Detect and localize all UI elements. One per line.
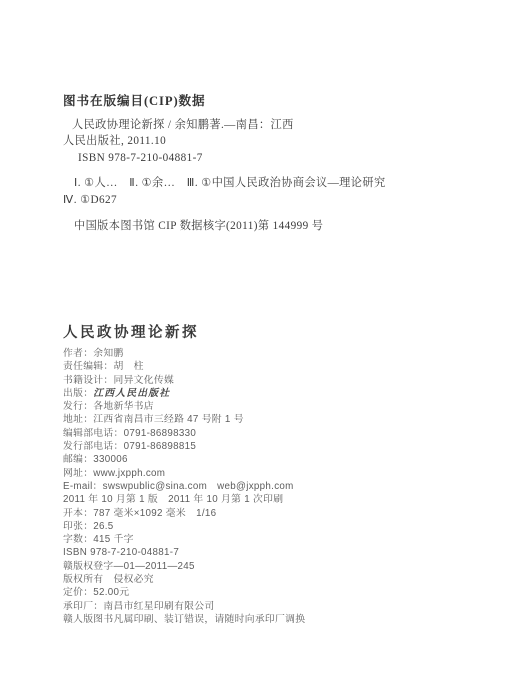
cip-block: 图书在版编目(CIP)数据 人民政协理论新探 / 余知鹏著.—南昌：江西 人民出… xyxy=(63,93,453,234)
colophon-line-website: 网址：www.jxpph.com xyxy=(63,467,463,480)
cip-isbn-line: ISBN 978-7-210-04881-7 xyxy=(63,150,453,167)
cip-publisher-line: 人民出版社, 2011.10 xyxy=(63,133,453,150)
colophon-line-printer: 承印厂：南昌市红星印刷有限公司 xyxy=(63,600,463,613)
colophon-line-copyright-notice: 版权所有 侵权必究 xyxy=(63,573,463,586)
colophon-line-distribution-phone: 发行部电话：0791-86898815 xyxy=(63,440,463,453)
colophon-line-price: 定价：52.00元 xyxy=(63,586,463,599)
cip-title-statement-line: 人民政协理论新探 / 余知鹏著.—南昌：江西 xyxy=(63,117,453,134)
colophon-line-publisher: 出版：江西人民出版社 xyxy=(63,387,463,400)
colophon-line-author: 作者：余知鹏 xyxy=(63,347,463,360)
book-title: 人民政协理论新探 xyxy=(63,325,463,342)
publisher-label: 出版： xyxy=(63,388,93,399)
colophon-line-postcode: 邮编：330006 xyxy=(63,453,463,466)
colophon-line-address: 地址：江西省南昌市三经路 47 号附 1 号 xyxy=(63,413,463,426)
book-copyright-page: 图书在版编目(CIP)数据 人民政协理论新探 / 余知鹏著.—南昌：江西 人民出… xyxy=(0,0,510,680)
cip-classification-line: Ⅰ. ①人… Ⅱ. ①余… Ⅲ. ①中国人民政治协商会议—理论研究 xyxy=(63,175,453,192)
colophon-line-email: E-mail：swswpublic@sina.com web@jxpph.com xyxy=(63,480,463,493)
cip-heading: 图书在版编目(CIP)数据 xyxy=(63,93,453,110)
colophon-line-sheets: 印张：26.5 xyxy=(63,520,463,533)
colophon-line-editor: 责任编辑：胡 柱 xyxy=(63,360,463,373)
colophon-line-registration: 赣版权登字—01—2011—245 xyxy=(63,560,463,573)
cip-class-number-line: Ⅳ. ①D627 xyxy=(63,192,453,209)
colophon-line-distribution: 发行：各地新华书店 xyxy=(63,400,463,413)
colophon-line-wordcount: 字数：415 千字 xyxy=(63,533,463,546)
publisher-name: 江西人民出版社 xyxy=(93,388,170,399)
colophon-block: 人民政协理论新探 作者：余知鹏 责任编辑：胡 柱 书籍设计：同异文化传媒 出版：… xyxy=(63,325,463,626)
cip-registry-line: 中国版本图书馆 CIP 数据核字(2011)第 144999 号 xyxy=(63,218,453,235)
colophon-line-format: 开本：787 毫米×1092 毫米 1/16 xyxy=(63,507,463,520)
colophon-line-editorial-phone: 编辑部电话：0791-86898330 xyxy=(63,427,463,440)
colophon-line-design: 书籍设计：同异文化传媒 xyxy=(63,374,463,387)
colophon-line-replacement-notice: 赣人版图书凡属印刷、装订错误，请随时向承印厂调换 xyxy=(63,613,463,626)
colophon-line-edition: 2011 年 10 月第 1 版 2011 年 10 月第 1 次印刷 xyxy=(63,493,463,506)
colophon-line-isbn: ISBN 978-7-210-04881-7 xyxy=(63,546,463,559)
